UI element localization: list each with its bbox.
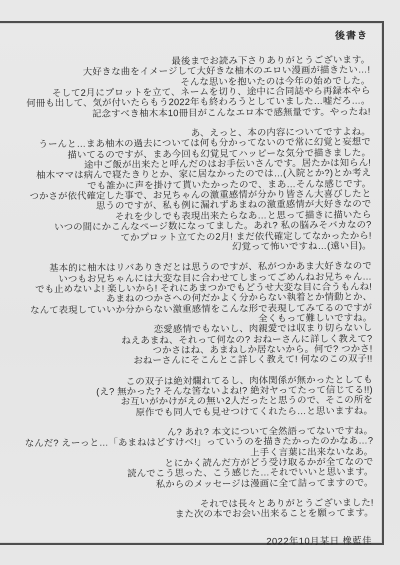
text-line: 幻覚って怖いですね…(遠い目)。 [8, 240, 372, 253]
scanned-afterword-page: 後書き 最後までお読み下さりありがとうございます。大好きな曲をイメージして大好き… [0, 0, 400, 565]
text-line: また次の本でお会い出来ることを願ってます。 [10, 508, 374, 521]
afterword-body: 最後までお読み下さりありがとうございます。大好きな曲をイメージして大好きな柚木の… [6, 55, 374, 522]
paragraph: それでは長々とありがとうございました!また次の本でお会い出来ることを願ってます。 [10, 498, 374, 522]
text-line: 私からのメッセージは漫画に全て詰ってますので。 [10, 477, 374, 490]
paragraph: ん? あれ? 本文について全然語ってないですね。なんだ? えーっと…「あまねはど… [9, 426, 373, 491]
paragraph: あ、えっと、本の内容についてですよね。うーんと…まあ柚木の過去については何も分か… [7, 127, 372, 254]
paragraph: 基本的に柚木はリバありきだとは思うのですが、私がつかあま大好きなのでいつもお兄ち… [8, 261, 373, 367]
text-line: 原作でも同人でも見せつけてくれたら…と思いますね。 [9, 405, 373, 418]
page-title: 後書き [6, 27, 368, 45]
date-signature: 2022年10月某日 橡藍佳 [10, 532, 372, 549]
paragraph: 最後までお読み下さりありがとうございます。大好きな曲をイメージして大好きな柚木の… [6, 55, 370, 120]
text-line: おねーさんにそこんとこ詳しく教えて! 何なのこの双子!! [9, 354, 373, 367]
paragraph: この双子は絶対爛れてるし、肉体関係が無かったとしても(え? 無かった? そんな筈… [9, 374, 373, 418]
page-content: 後書き 最後までお読み下さりありがとうございます。大好きな曲をイメージして大好き… [6, 27, 374, 550]
